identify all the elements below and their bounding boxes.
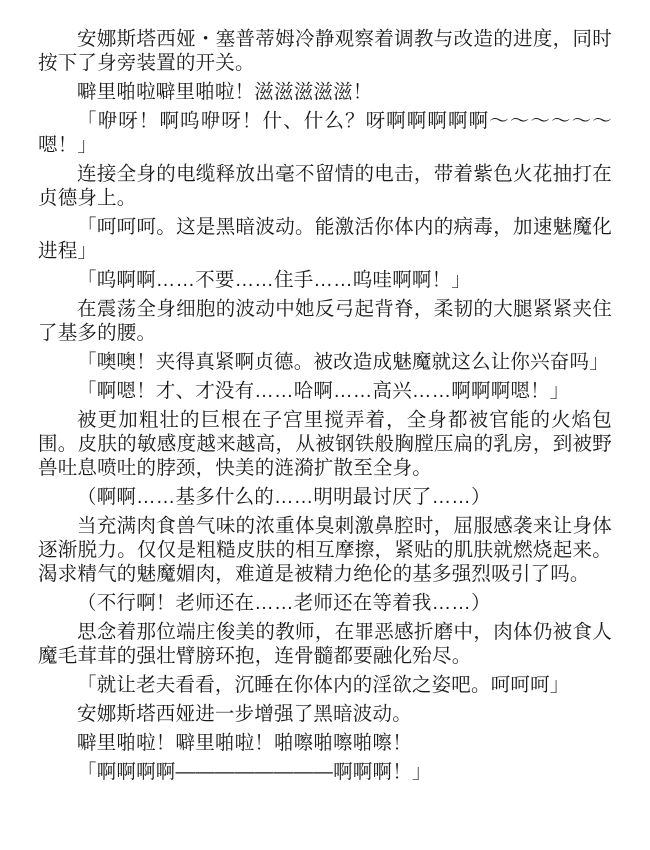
paragraph: 「啊嗯！才、才没有……哈啊……高兴……啊啊啊嗯！」	[38, 379, 612, 403]
paragraph: 安娜斯塔西娅・塞普蒂姆冷静观察着调教与改造的进度，同时按下了身旁装置的开关。	[38, 27, 612, 75]
paragraph: （啊啊……基多什么的……明明最讨厌了……）	[38, 485, 612, 509]
paragraph: 连接全身的电缆释放出毫不留情的电击，带着紫色火花抽打在贞德身上。	[38, 162, 612, 210]
text-body: 安娜斯塔西娅・塞普蒂姆冷静观察着调教与改造的进度，同时按下了身旁装置的开关。噼里…	[38, 27, 612, 784]
paragraph: 噼里啪啦噼里啪啦！滋滋滋滋滋！	[38, 80, 612, 104]
paragraph: 「咿呀！啊呜咿呀！什、什么？呀啊啊啊啊啊～～～～～～嗯！」	[38, 109, 612, 157]
paragraph: 安娜斯塔西娅进一步增强了黑暗波动。	[38, 702, 612, 726]
paragraph: 噼里啪啦！噼里啪啦！啪嚓啪嚓啪嚓！	[38, 731, 612, 755]
novel-text-page: 安娜斯塔西娅・塞普蒂姆冷静观察着调教与改造的进度，同时按下了身旁装置的开关。噼里…	[0, 0, 650, 850]
paragraph: 「就让老夫看看，沉睡在你体内的淫欲之姿吧。呵呵呵」	[38, 673, 612, 697]
paragraph: 当充满肉食兽气味的浓重体臭刺激鼻腔时，屈服感袭来让身体逐渐脱力。仅仅是粗糙皮肤的…	[38, 514, 612, 586]
paragraph: 「啊啊啊啊————————啊啊啊！」	[38, 760, 612, 784]
paragraph: 在震荡全身细胞的波动中她反弓起背脊，柔韧的大腿紧紧夹住了基多的腰。	[38, 297, 612, 345]
paragraph: 被更加粗壮的巨根在子宫里搅弄着，全身都被官能的火焰包围。皮肤的敏感度越来越高，从…	[38, 408, 612, 480]
paragraph: 思念着那位端庄俊美的教师，在罪恶感折磨中，肉体仍被食人魔毛茸茸的强壮臂膀环抱，连…	[38, 620, 612, 668]
paragraph: 「呜啊啊……不要……住手……呜哇啊啊！」	[38, 268, 612, 292]
paragraph: 「噢噢！夹得真紧啊贞德。被改造成魅魔就这么让你兴奋吗」	[38, 350, 612, 374]
paragraph: （不行啊！老师还在……老师还在等着我……）	[38, 591, 612, 615]
paragraph: 「呵呵呵。这是黑暗波动。能激活你体内的病毒，加速魅魔化进程」	[38, 215, 612, 263]
